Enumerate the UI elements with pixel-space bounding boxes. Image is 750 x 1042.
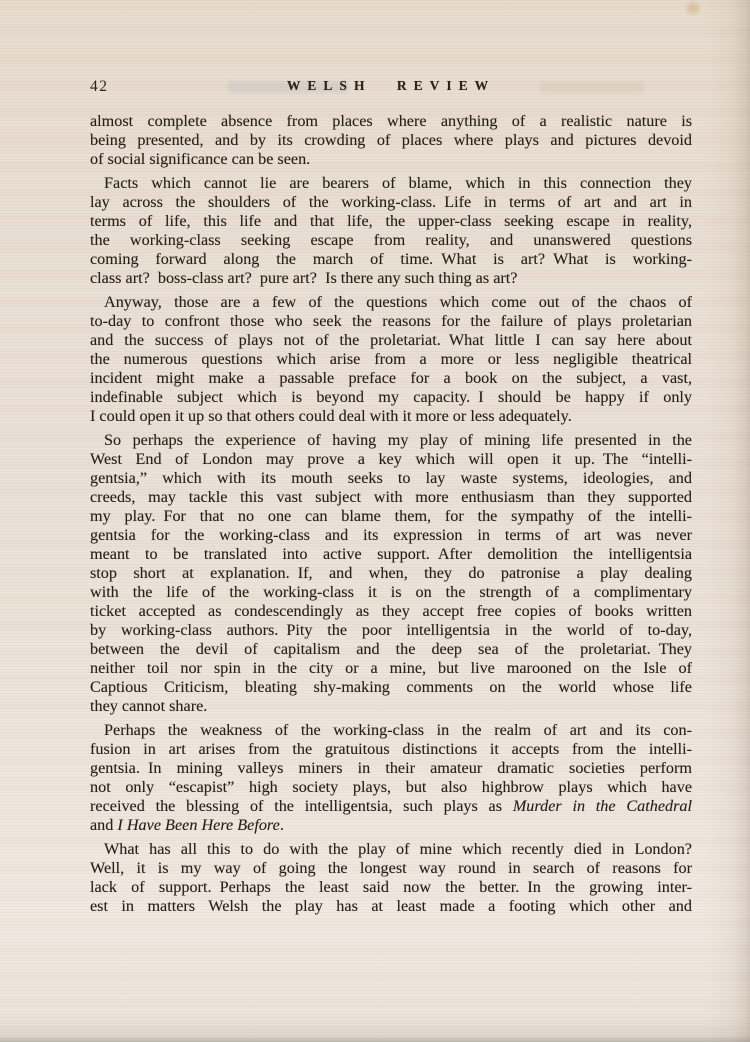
text-line: neither toil nor spin in the city or a m… [90, 659, 692, 678]
text-line: incident might make a passable preface f… [90, 369, 692, 388]
paragraph: almost complete absence from places wher… [90, 112, 692, 169]
text-line: West End of London may prove a key which… [90, 450, 692, 469]
page-number: 42 [90, 78, 109, 96]
text-line: lack of support. Perhaps the least said … [90, 878, 692, 897]
text-line: not only “escapist” high society plays, … [90, 778, 692, 797]
text-line: creeds, may tackle this vast subject wit… [90, 488, 692, 507]
text-line: Perhaps the weakness of the working-clas… [90, 721, 692, 740]
text-line: by working-class authors. Pity the poor … [90, 621, 692, 640]
text-line: and I Have Been Here Before. [90, 816, 692, 835]
text-line: fusion in art arises from the gratuitous… [90, 740, 692, 759]
text-line: they cannot share. [90, 697, 692, 716]
text-line: est in matters Welsh the play has at lea… [90, 897, 692, 916]
text-line: I could open it up so that others could … [90, 407, 692, 426]
header-title: WELSH REVIEW [90, 78, 692, 94]
text-line: Well, it is my way of going the longest … [90, 859, 692, 878]
paragraph: So perhaps the experience of having my p… [90, 431, 692, 716]
page-bottom-edge [0, 1035, 750, 1042]
text-line: Captious Criticism, bleating shy-making … [90, 678, 692, 697]
paragraph: Anyway, those are a few of the questions… [90, 293, 692, 426]
text-line: my play. For that no one can blame them,… [90, 507, 692, 526]
scanned-page: 42 WELSH REVIEW almost complete absence … [0, 0, 750, 1042]
page-header: 42 WELSH REVIEW [90, 78, 692, 98]
text-line: stop short at explanation. If, and when,… [90, 564, 692, 583]
text-line: gentsia. In mining valleys miners in the… [90, 759, 692, 778]
text-line: with the life of the working-class it is… [90, 583, 692, 602]
text-line: class art? boss-class art? pure art? Is … [90, 269, 692, 288]
text-line: meant to be translated into active suppo… [90, 545, 692, 564]
text-line: the numerous questions which arise from … [90, 350, 692, 369]
text-line: lay across the shoulders of the working-… [90, 193, 692, 212]
text-line: between the devil of capitalism and the … [90, 640, 692, 659]
text-line: coming forward along the march of time. … [90, 250, 692, 269]
text-line: indefinable subject which is beyond my c… [90, 388, 692, 407]
paper-stain [684, 1, 702, 16]
text-line: terms of life, this life and that life, … [90, 212, 692, 231]
paragraph: Perhaps the weakness of the working-clas… [90, 721, 692, 835]
text-line: of social significance can be seen. [90, 150, 692, 169]
text-line: gentsia,” which with its mouth seeks to … [90, 469, 692, 488]
text-line: being presented, and by its crowding of … [90, 131, 692, 150]
text-line: gentsia for the working-class and its ex… [90, 526, 692, 545]
text-line: almost complete absence from places wher… [90, 112, 692, 131]
paragraph: Facts which cannot lie are bearers of bl… [90, 174, 692, 288]
text-line: the working-class seeking escape from re… [90, 231, 692, 250]
paragraph: What has all this to do with the play of… [90, 840, 692, 916]
text-line: Facts which cannot lie are bearers of bl… [90, 174, 692, 193]
text-line: So perhaps the experience of having my p… [90, 431, 692, 450]
text-line: What has all this to do with the play of… [90, 840, 692, 859]
text-line: to-day to confront those who seek the re… [90, 312, 692, 331]
text-line: ticket accepted as condescendingly as th… [90, 602, 692, 621]
page-text: almost complete absence from places wher… [90, 112, 692, 916]
text-line: Anyway, those are a few of the questions… [90, 293, 692, 312]
text-line: and the success of plays not of the prol… [90, 331, 692, 350]
text-line: received the blessing of the intelligent… [90, 797, 692, 816]
